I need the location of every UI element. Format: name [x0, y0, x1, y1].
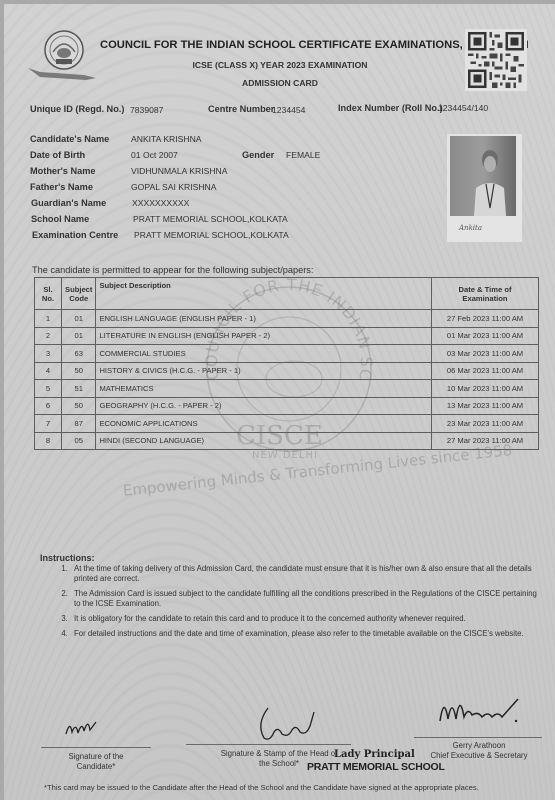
secretary-name: Gerry Arathoon	[404, 741, 554, 751]
caption-line: Signature of the	[41, 752, 151, 762]
caption-line: Candidate*	[41, 762, 151, 772]
cisce-logo-icon	[26, 28, 98, 82]
mother-name-label: Mother's Name	[30, 166, 96, 176]
cell-subject-code: 01	[62, 327, 96, 345]
unique-id-value: 7839087	[130, 105, 163, 115]
table-row: 363COMMERCIAL STUDIES03 Mar 2023 11:00 A…	[35, 345, 539, 363]
cell-subject-code: 50	[62, 397, 96, 415]
table-row: 201LITERATURE IN ENGLISH (ENGLISH PAPER …	[35, 327, 539, 345]
cell-subject-description: COMMERCIAL STUDIES	[96, 345, 432, 363]
cell-subject-code: 87	[62, 415, 96, 433]
father-name-label: Father's Name	[30, 182, 93, 192]
permit-text: The candidate is permitted to appear for…	[32, 265, 313, 275]
cell-sl-no: 7	[35, 415, 62, 433]
centre-number-label: Centre Number	[208, 104, 274, 114]
cell-sl-no: 5	[35, 380, 62, 398]
cell-date-time: 23 Mar 2023 11:00 AM	[432, 415, 539, 433]
cell-date-time: 13 Mar 2023 11:00 AM	[432, 397, 539, 415]
header-subject-code: Subject Code	[62, 278, 96, 310]
table-row: 551MATHEMATICS10 Mar 2023 11:00 AM	[35, 380, 539, 398]
gender-label: Gender	[242, 150, 274, 160]
instruction-item: For detailed instructions and the date a…	[70, 629, 540, 639]
card-title: ADMISSION CARD	[100, 78, 460, 88]
instructions-heading: Instructions:	[40, 553, 95, 563]
school-name-value: PRATT MEMORIAL SCHOOL,KOLKATA	[133, 214, 288, 224]
candidate-photo-image	[450, 136, 516, 216]
candidate-name-value: ANKITA KRISHNA	[131, 134, 202, 144]
cell-subject-description: GEOGRAPHY (H.C.G. - PAPER - 2)	[96, 397, 432, 415]
admission-card: COUNCIL FOR THE INDIAN SCHOOL CERTIFICAT…	[4, 4, 555, 800]
secretary-caption: Gerry Arathoon Chief Executive & Secreta…	[404, 741, 554, 761]
exam-centre-value: PRATT MEMORIAL SCHOOL,KOLKATA	[134, 230, 289, 240]
table-header-row: Sl. No. Subject Code Subject Description…	[35, 278, 539, 310]
mother-name-value: VIDHUNMALA KRISHNA	[131, 166, 227, 176]
school-name-label: School Name	[31, 214, 89, 224]
candidate-photo: Ankita	[447, 134, 522, 242]
cell-sl-no: 3	[35, 345, 62, 363]
instruction-item: The Admission Card is issued subject to …	[70, 589, 540, 609]
cell-date-time: 06 Mar 2023 11:00 AM	[432, 362, 539, 380]
candidate-name-label: Candidate's Name	[30, 134, 109, 144]
exam-title: ICSE (CLASS X) YEAR 2023 EXAMINATION	[100, 60, 460, 70]
cell-sl-no: 1	[35, 310, 62, 328]
qr-code-icon	[465, 29, 527, 91]
table-row: 101ENGLISH LANGUAGE (ENGLISH PAPER - 1)2…	[35, 310, 539, 328]
cell-sl-no: 2	[35, 327, 62, 345]
instruction-item: It is obligatory for the candidate to re…	[70, 614, 540, 624]
cell-subject-description: ENGLISH LANGUAGE (ENGLISH PAPER - 1)	[96, 310, 432, 328]
dob-value: 01 Oct 2007	[131, 150, 178, 160]
header-date-time: Date & Time of Examination	[432, 278, 539, 310]
subjects-table: Sl. No. Subject Code Subject Description…	[34, 277, 539, 450]
father-name-value: GOPAL SAI KRISHNA	[131, 182, 216, 192]
cell-subject-code: 05	[62, 432, 96, 450]
cell-subject-description: MATHEMATICS	[96, 380, 432, 398]
photo-signature: Ankita	[459, 224, 482, 232]
seal-city-watermark: NEW DELHI	[252, 450, 318, 461]
principal-stamp-school: PRATT MEMORIAL SCHOOL	[307, 761, 445, 773]
head-signature-icon	[254, 704, 324, 749]
cell-sl-no: 4	[35, 362, 62, 380]
table-row: 787ECONOMIC APPLICATIONS23 Mar 2023 11:0…	[35, 415, 539, 433]
cell-date-time: 01 Mar 2023 11:00 AM	[432, 327, 539, 345]
table-row: 650GEOGRAPHY (H.C.G. - PAPER - 2)13 Mar …	[35, 397, 539, 415]
index-number-label: Index Number (Roll No.)	[338, 103, 443, 113]
guardian-name-value: XXXXXXXXXX	[132, 198, 189, 208]
candidate-signature-icon	[62, 716, 102, 743]
centre-number-value: 1234454	[272, 105, 305, 115]
cell-subject-code: 50	[62, 362, 96, 380]
dob-label: Date of Birth	[30, 150, 85, 160]
caption-line: Signature & Stamp of the Head of	[204, 749, 354, 759]
candidate-signature-line	[41, 747, 151, 748]
gender-value: FEMALE	[286, 150, 320, 160]
cell-date-time: 10 Mar 2023 11:00 AM	[432, 380, 539, 398]
cell-subject-description: HINDI (SECOND LANGUAGE)	[96, 432, 432, 450]
guardian-name-label: Guardian's Name	[31, 198, 106, 208]
head-signature-line	[186, 744, 351, 745]
footnote: *This card may be issued to the Candidat…	[44, 783, 479, 792]
cell-sl-no: 6	[35, 397, 62, 415]
header-sl-no: Sl. No.	[35, 278, 62, 310]
cell-subject-code: 63	[62, 345, 96, 363]
unique-id-label: Unique ID (Regd. No.)	[30, 104, 124, 114]
index-number-value: 1234454/140	[438, 103, 488, 113]
candidate-signature-caption: Signature of the Candidate*	[41, 752, 151, 772]
instruction-item: At the time of taking delivery of this A…	[70, 564, 540, 584]
cell-subject-description: ECONOMIC APPLICATIONS	[96, 415, 432, 433]
council-title: COUNCIL FOR THE INDIAN SCHOOL CERTIFICAT…	[100, 39, 460, 51]
cell-subject-code: 51	[62, 380, 96, 398]
exam-centre-label: Examination Centre	[32, 230, 118, 240]
principal-stamp-title: Lady Principal	[334, 749, 415, 760]
header-subject-description: Subject Description	[96, 278, 432, 310]
instructions-list: At the time of taking delivery of this A…	[54, 564, 540, 644]
secretary-title: Chief Executive & Secretary	[404, 751, 554, 761]
secretary-signature-icon	[434, 689, 524, 734]
cell-subject-description: LITERATURE IN ENGLISH (ENGLISH PAPER - 2…	[96, 327, 432, 345]
cell-subject-code: 01	[62, 310, 96, 328]
cell-date-time: 27 Feb 2023 11:00 AM	[432, 310, 539, 328]
cell-date-time: 03 Mar 2023 11:00 AM	[432, 345, 539, 363]
secretary-signature-line	[414, 737, 542, 738]
cell-sl-no: 8	[35, 432, 62, 450]
table-row: 450HISTORY & CIVICS (H.C.G. - PAPER - 1)…	[35, 362, 539, 380]
cell-subject-description: HISTORY & CIVICS (H.C.G. - PAPER - 1)	[96, 362, 432, 380]
